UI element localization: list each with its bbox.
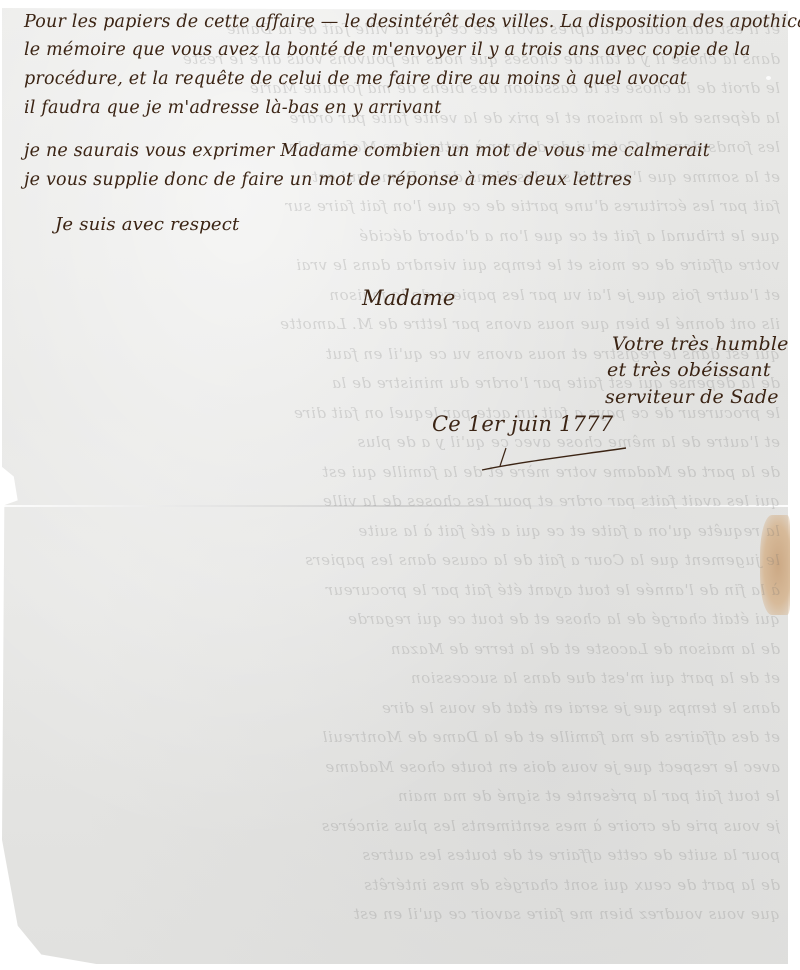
bleed-through-line: qui était chargé de la chose et de tout … <box>20 610 780 628</box>
bleed-through-line: à la fin de l'année le tout ayant été fa… <box>20 581 780 599</box>
letter-line: il faudra que je m'adresse là-bas en y a… <box>24 98 441 118</box>
postscript: Je suis avec respect <box>55 214 239 235</box>
letter-line: procédure, et la requête de celui de me … <box>24 69 687 89</box>
bleed-through-line: et des affaires de ma famille et de la D… <box>20 728 780 746</box>
signature: serviteur de Sade <box>605 386 779 408</box>
dateline: Ce 1er juin 1777 <box>432 412 613 436</box>
bleed-through-line: et de la part qui m'est due dans la succ… <box>20 669 780 687</box>
bleed-through-line: et l'autre de la même chose avec ce qu'i… <box>20 433 780 451</box>
closing-line: Votre très humble <box>612 333 789 355</box>
letter-line: le mémoire que vous avez la bonté de m'e… <box>24 40 751 60</box>
bleed-through-line: fait par les écritures d'une partie de c… <box>20 197 780 215</box>
letter-line: Pour les papiers de cette affaire — le d… <box>24 12 800 32</box>
bleed-through-line: que vous voudrez bien me faire savoir ce… <box>20 905 780 923</box>
bleed-through-line: je vous prie de croire à mes sentiments … <box>20 817 780 835</box>
bleed-through-line: la requête qu'on a faite et ce qui a été… <box>20 522 780 540</box>
letter-line: je vous supplie donc de faire un mot de … <box>24 170 632 190</box>
underline-flourish <box>480 444 630 474</box>
bleed-through-line: le tout fait par la présente et signé de… <box>20 787 780 805</box>
bleed-through-line: pour la suite de cette affaire et de tou… <box>20 846 780 864</box>
bleed-through-line: ils ont donné le bien que nous avons par… <box>20 315 780 333</box>
bleed-through-line: de la maison de Lacoste et de la terre d… <box>20 640 780 658</box>
closing-line: et très obéissant <box>607 359 771 381</box>
bleed-through-line: dans le temps que je serai en état de vo… <box>20 699 780 717</box>
bleed-through-line: avec le respect que je vous dois en tout… <box>20 758 780 776</box>
bleed-through-line: votre affaire de ce mois et le temps qui… <box>20 256 780 274</box>
bleed-through-line: qui les avait faits par ordre et pour le… <box>20 492 780 510</box>
salutation: Madame <box>362 286 456 310</box>
letter-line: je ne saurais vous exprimer Madame combi… <box>24 141 710 161</box>
bleed-through-line: de la part de ceux qui sont chargés de m… <box>20 876 780 894</box>
bleed-through-line: le jugement que la Cour a fait de la cau… <box>20 551 780 569</box>
bleed-through-line: de la part de Madame votre mère et de la… <box>20 463 780 481</box>
